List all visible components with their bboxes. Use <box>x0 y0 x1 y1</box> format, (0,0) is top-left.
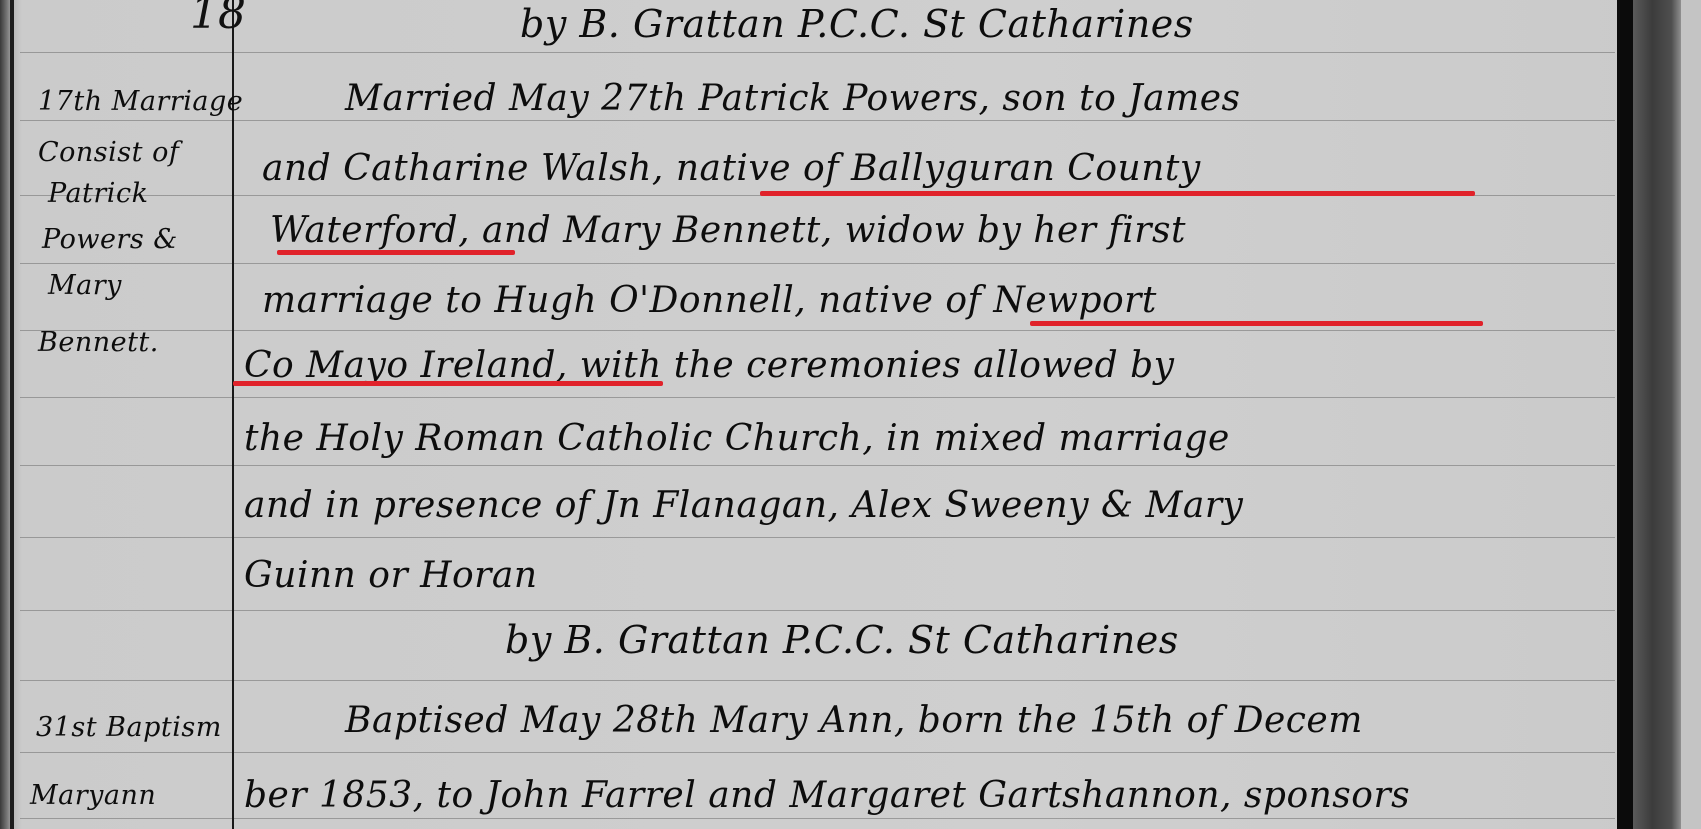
ruled-line <box>20 610 1615 611</box>
register-page: 18 17th Marriage Consist of Patrick Powe… <box>0 0 1701 829</box>
entry-text-line: Waterford, and Mary Bennett, widow by he… <box>270 210 1186 251</box>
margin-entry-line: 17th Marriage <box>38 86 243 117</box>
entry-text-line: the Holy Roman Catholic Church, in mixed… <box>244 418 1230 459</box>
book-gutter <box>1633 0 1681 829</box>
margin-entry-line: Consist of <box>38 137 179 168</box>
annotation-underline <box>277 250 515 255</box>
ruled-line <box>20 680 1615 681</box>
margin-entry-line: Patrick <box>48 178 148 209</box>
entry-text-line: Married May 27th Patrick Powers, son to … <box>345 78 1241 119</box>
margin-rule <box>232 0 234 829</box>
entry-text-line: Baptised May 28th Mary Ann, born the 15t… <box>345 700 1363 741</box>
entry-text-line: marriage to Hugh O'Donnell, native of Ne… <box>262 280 1157 321</box>
entry-text-line: ber 1853, to John Farrel and Margaret Ga… <box>244 775 1410 816</box>
ruled-line <box>20 818 1615 819</box>
ruled-line <box>20 752 1615 753</box>
left-binding-edge <box>10 0 14 829</box>
ruled-line <box>20 397 1615 398</box>
entry-text-line: and Catharine Walsh, native of Ballygura… <box>262 148 1201 189</box>
margin-entry-line: Powers & <box>42 224 178 255</box>
right-page-border <box>1617 0 1633 829</box>
ruled-line <box>20 537 1615 538</box>
ruled-line <box>20 465 1615 466</box>
margin-entry-line: Bennett. <box>38 327 159 358</box>
officiant-signature: by B. Grattan P.C.C. St Catharines <box>520 2 1194 46</box>
ruled-line <box>20 120 1615 121</box>
folio-number: 18 <box>190 0 246 39</box>
entry-text-line: and in presence of Jn Flanagan, Alex Swe… <box>244 485 1243 526</box>
entry-text-line: Co Mayo Ireland, with the ceremonies all… <box>244 345 1174 386</box>
margin-entry-line: Maryann <box>30 780 156 811</box>
ruled-line <box>20 330 1615 331</box>
annotation-underline <box>1030 321 1483 326</box>
margin-entry-line: 31st Baptism <box>36 712 222 743</box>
margin-entry-line: Mary <box>48 270 122 301</box>
entry-text-line: Guinn or Horan <box>244 555 538 596</box>
officiant-signature: by B. Grattan P.C.C. St Catharines <box>505 618 1179 662</box>
facing-page-edge <box>1681 0 1701 829</box>
annotation-underline <box>233 381 663 386</box>
annotation-underline <box>760 191 1475 196</box>
ruled-line <box>20 263 1615 264</box>
ruled-line <box>20 52 1615 53</box>
